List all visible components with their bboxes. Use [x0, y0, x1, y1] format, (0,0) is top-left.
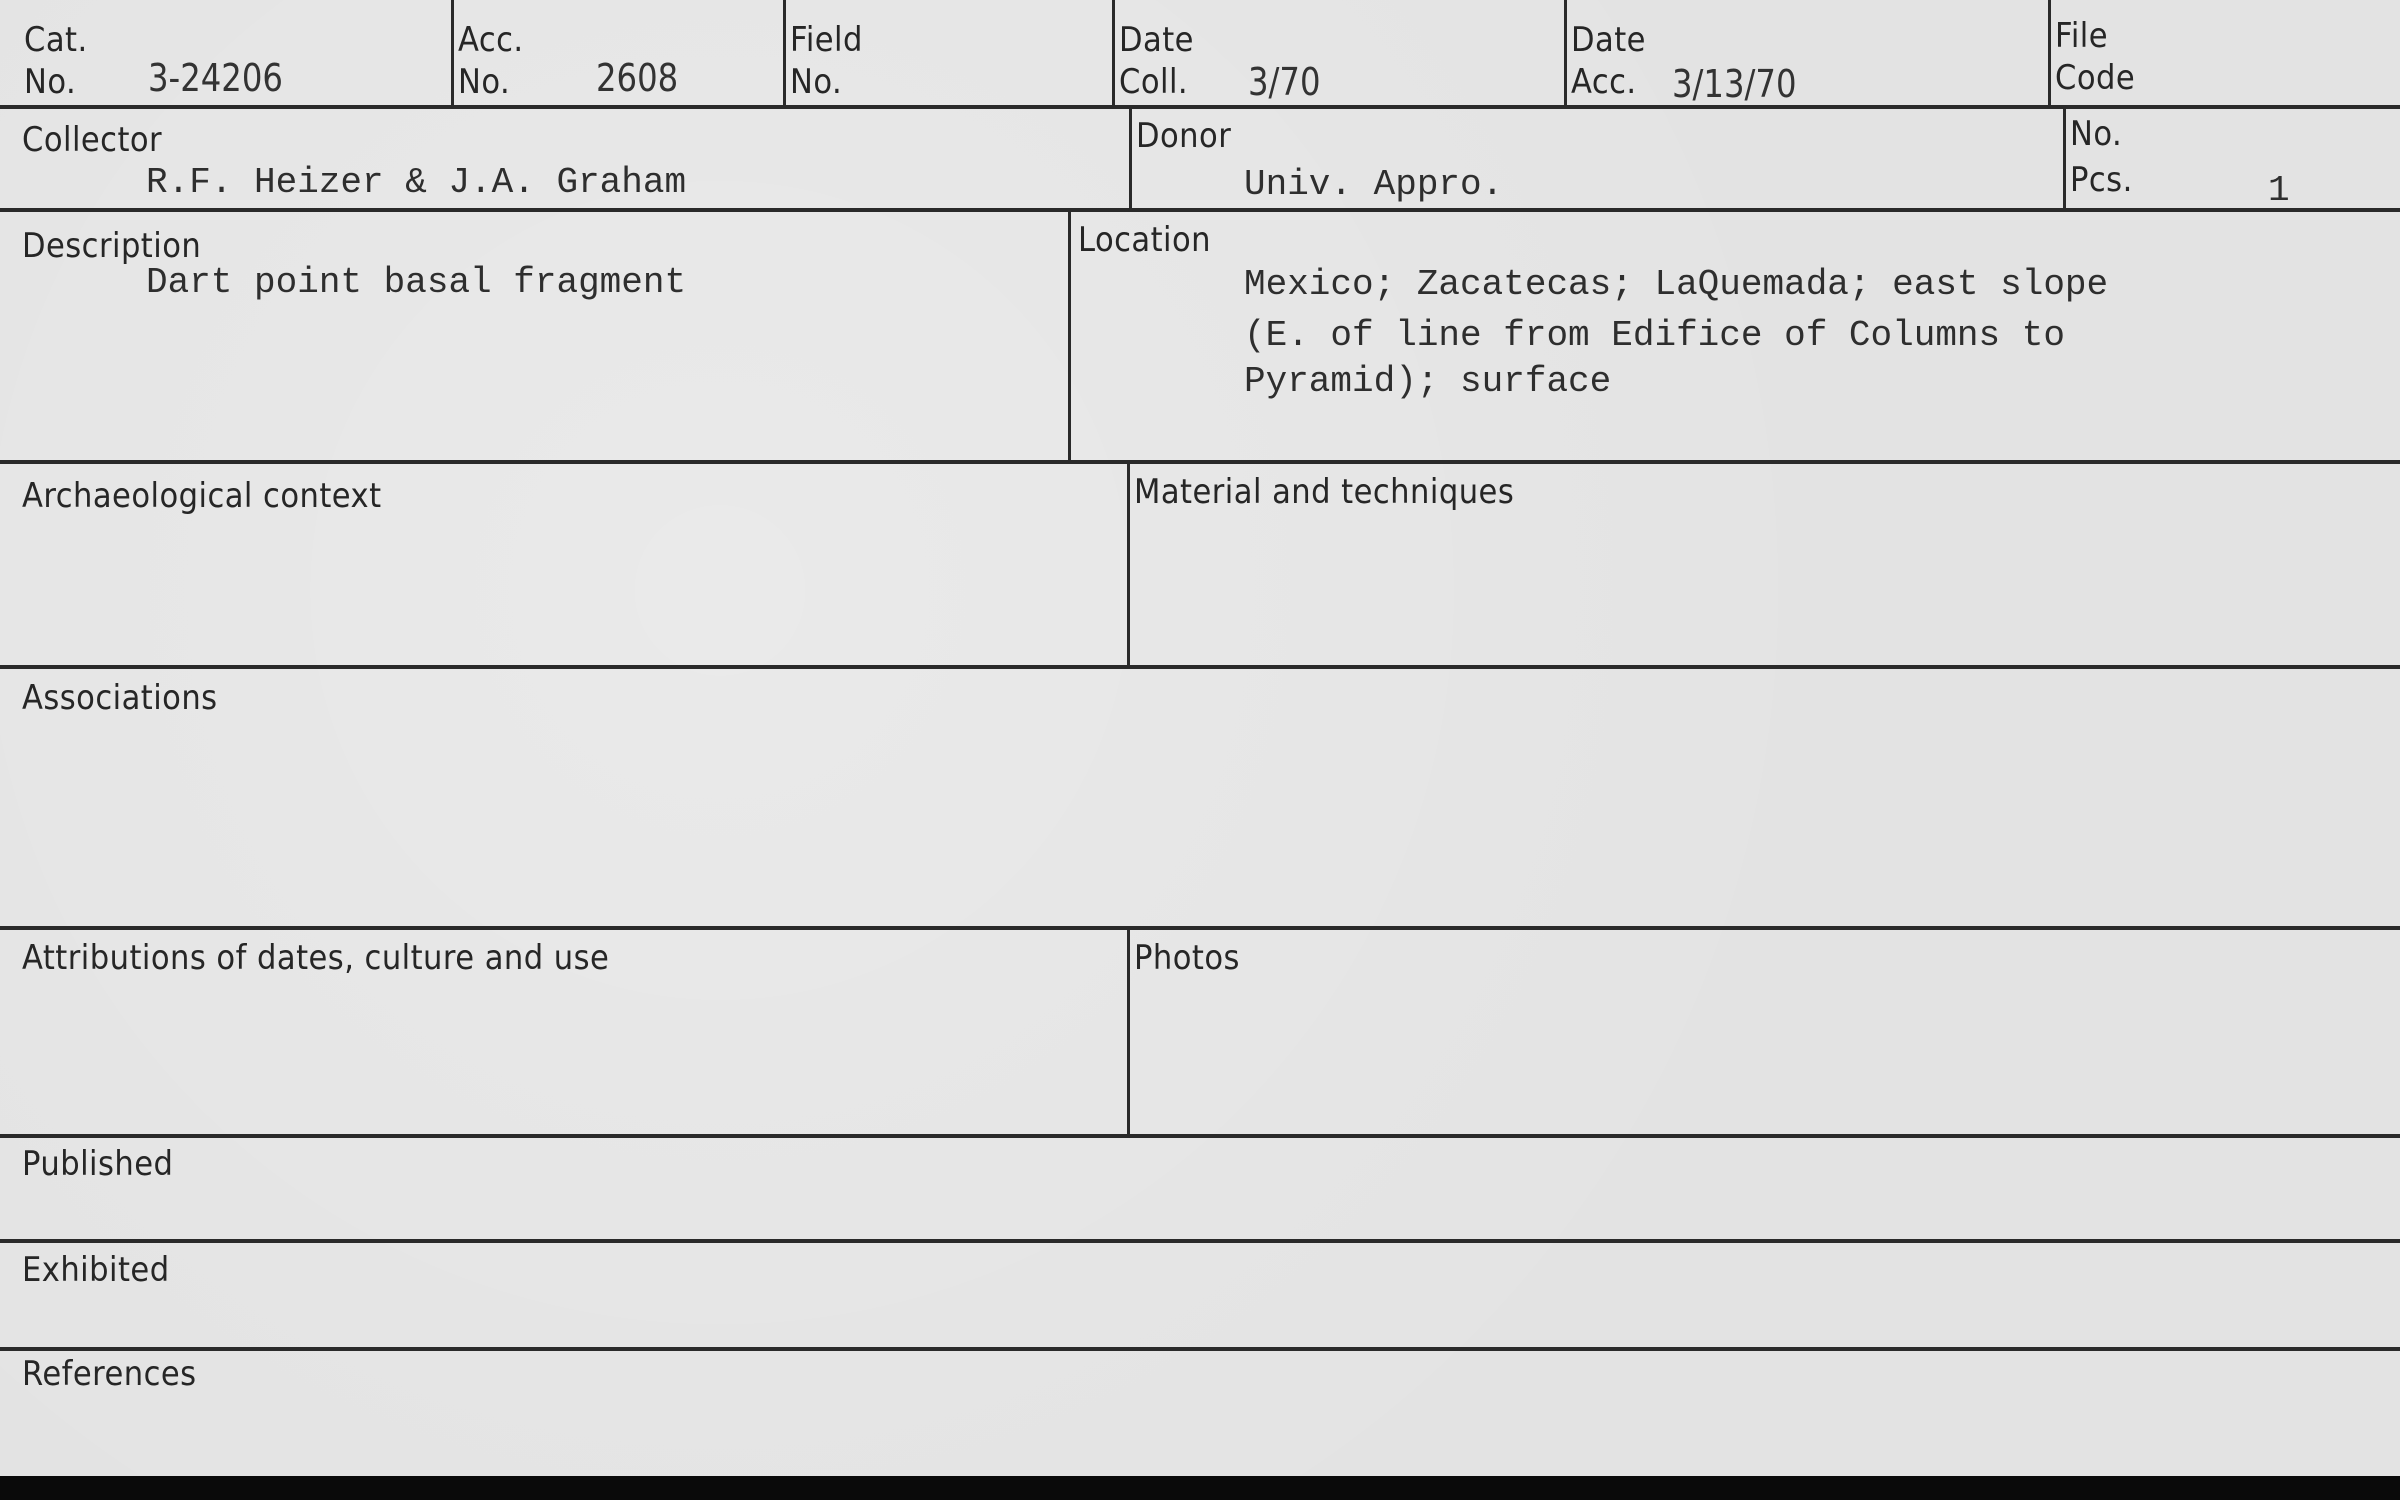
rule-associations-row: [0, 926, 2400, 930]
location-line-2: (E. of line from Edifice of Columns to: [1244, 313, 2065, 359]
catalog-label: Cat.: [24, 18, 88, 62]
location-line-3: Pyramid); surface: [1244, 359, 1611, 405]
divider-dateacc-filecode: [2048, 0, 2051, 107]
catalog-number-value: 3-24206: [148, 56, 283, 100]
location-label: Location: [1078, 218, 1211, 262]
rule-description-row: [0, 460, 2400, 464]
pieces-no-label: No.: [2070, 112, 2122, 156]
divider-datecoll-dateacc: [1564, 0, 1567, 107]
catalog-no-label: No.: [24, 60, 76, 104]
divider-field-datecoll: [1112, 0, 1115, 107]
references-label: References: [22, 1352, 197, 1396]
date-collected-label: Date: [1119, 18, 1194, 62]
collector-value: R.F. Heizer & J.A. Graham: [146, 160, 686, 206]
location-line-1: Mexico; Zacatecas; LaQuemada; east slope: [1244, 262, 2108, 308]
archaeological-context-label: Archaeological context: [22, 474, 382, 518]
rule-top-row: [0, 105, 2400, 109]
rule-published-row: [0, 1239, 2400, 1243]
material-techniques-label: Material and techniques: [1134, 470, 1514, 514]
published-label: Published: [22, 1142, 173, 1186]
rule-collector-row: [0, 208, 2400, 212]
divider-attributions-photos: [1127, 928, 1130, 1136]
exhibited-label: Exhibited: [22, 1248, 170, 1292]
accession-no-label: No.: [458, 60, 510, 104]
rule-exhibited-row: [0, 1347, 2400, 1351]
divider-acc-field: [783, 0, 786, 107]
pieces-pcs-label: Pcs.: [2070, 158, 2133, 202]
photos-label: Photos: [1134, 936, 1240, 980]
description-value: Dart point basal fragment: [146, 260, 686, 306]
divider-context-material: [1127, 462, 1130, 667]
collector-label: Collector: [22, 118, 162, 162]
divider-collector-donor: [1129, 107, 1132, 210]
date-coll-label: Coll.: [1119, 60, 1188, 104]
associations-label: Associations: [22, 676, 218, 720]
divider-donor-pieces: [2063, 107, 2066, 210]
date-collected-value: 3/70: [1248, 60, 1321, 104]
accession-number-value: 2608: [596, 56, 678, 100]
date-accessioned-label: Date: [1571, 18, 1646, 62]
field-no-label: No.: [790, 60, 842, 104]
divider-description-location: [1068, 210, 1071, 462]
pieces-value: 1: [2268, 168, 2290, 214]
date-acc-label: Acc.: [1571, 60, 1637, 104]
rule-attributions-row: [0, 1134, 2400, 1138]
field-label: Field: [790, 18, 863, 62]
divider-cat-acc: [451, 0, 454, 107]
rule-context-row: [0, 665, 2400, 669]
donor-value: Univ. Appro.: [1244, 162, 1503, 208]
file-label: File: [2055, 14, 2108, 58]
catalog-card: Cat. No. 3-24206 Acc. No. 2608 Field No.…: [0, 0, 2400, 1476]
donor-label: Donor: [1136, 114, 1231, 158]
date-accessioned-value: 3/13/70: [1672, 62, 1797, 106]
code-label: Code: [2055, 56, 2135, 100]
attributions-label: Attributions of dates, culture and use: [22, 936, 609, 980]
accession-label: Acc.: [458, 18, 524, 62]
